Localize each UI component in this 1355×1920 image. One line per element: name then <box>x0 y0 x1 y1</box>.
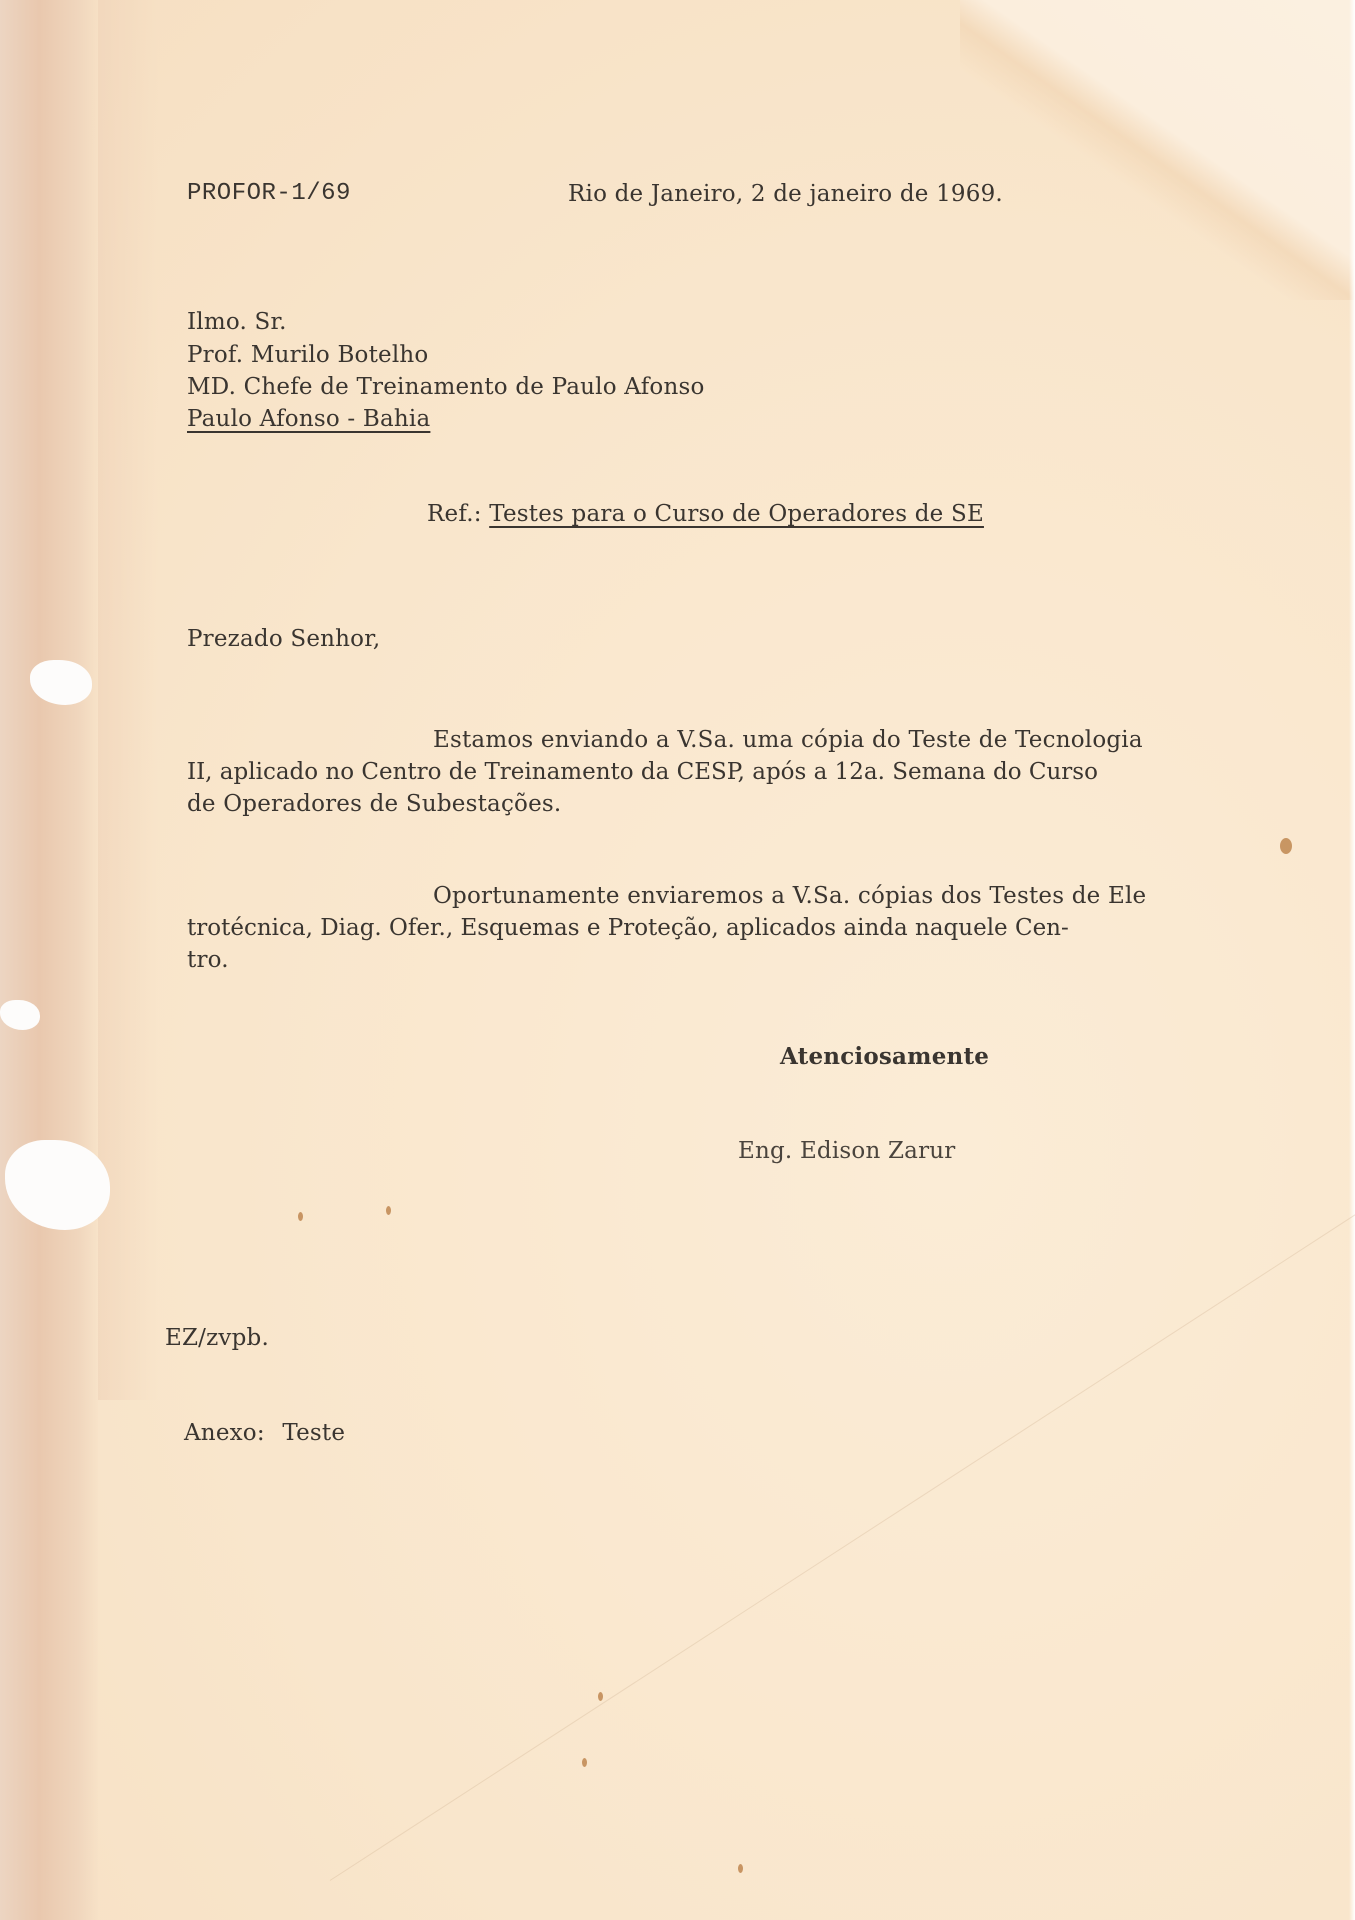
initials: EZ/zvpb. <box>165 1325 269 1351</box>
paragraph-line: Estamos enviando a V.Sa. uma cópia do Te… <box>433 727 1143 753</box>
paragraph-line: trotécnica, Diag. Ofer., Esquemas e Prot… <box>187 915 1069 941</box>
paragraph-line: Oportunamente enviaremos a V.Sa. cópias … <box>433 883 1146 909</box>
recipient-name: Prof. Murilo Botelho <box>187 342 428 368</box>
recipient-title: MD. Chefe de Treinamento de Paulo Afonso <box>187 374 705 400</box>
paragraph-line: de Operadores de Subestações. <box>187 791 561 817</box>
letter: PROFOR-1/69 Rio de Janeiro, 2 de janeiro… <box>0 0 1355 1920</box>
reference-code: PROFOR-1/69 <box>187 180 351 207</box>
paragraph-line: II, aplicado no Centro de Treinamento da… <box>187 759 1098 785</box>
place-date: Rio de Janeiro, 2 de janeiro de 1969. <box>568 181 1003 207</box>
recipient-salutation: Ilmo. Sr. <box>187 309 287 335</box>
recipient-location: Paulo Afonso - Bahia <box>187 406 430 432</box>
attachment-value: Teste <box>282 1420 345 1446</box>
paragraph-line: tro. <box>187 947 229 973</box>
subject-line: Ref.: Testes para o Curso de Operadores … <box>427 501 984 527</box>
closing: Atenciosamente <box>780 1043 989 1070</box>
signatory: Eng. Edison Zarur <box>738 1138 956 1164</box>
greeting: Prezado Senhor, <box>187 626 380 652</box>
attachment-line: Anexo: Teste <box>184 1420 345 1446</box>
subject-label: Ref.: <box>427 501 482 527</box>
attachment-label: Anexo: <box>184 1420 265 1446</box>
subject-text: Testes para o Curso de Operadores de SE <box>489 501 984 527</box>
